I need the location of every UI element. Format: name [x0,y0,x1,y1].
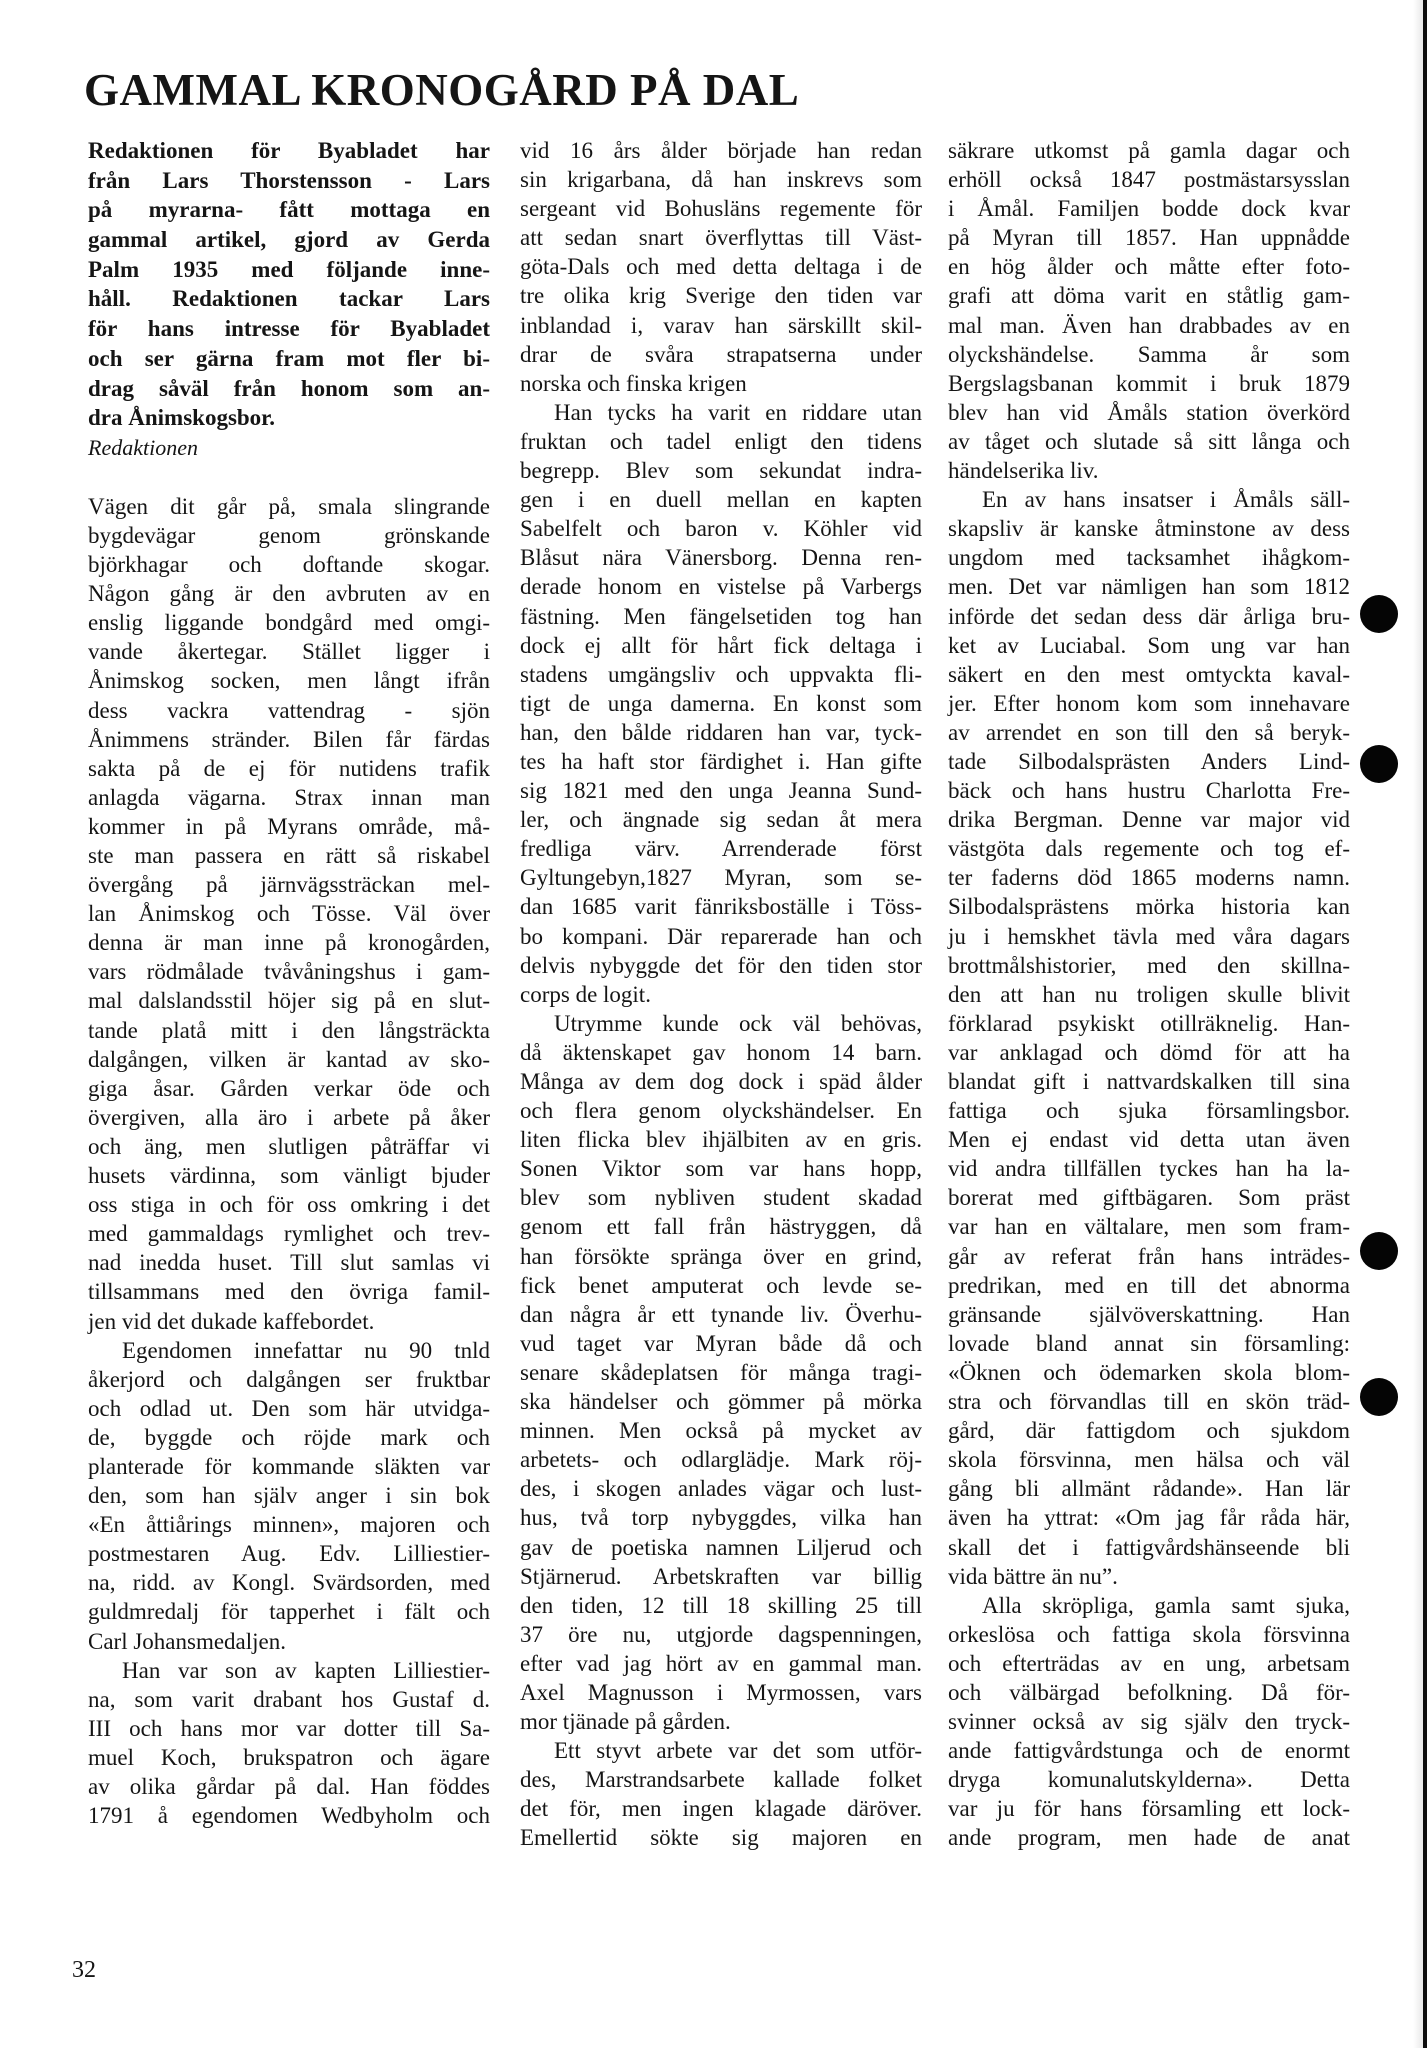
text-line: vande åkertegar. Stället ligger i [88,637,490,666]
text-line: av olika gårdar på dal. Han föddes [88,1772,490,1801]
text-line: fruktan och tadel enligt den tidens [520,427,922,456]
text-line: skall det i fattigvårdshänseende bli [948,1533,1350,1562]
text-line: Ett styvt arbete var det som utför- [520,1736,922,1765]
text-line: ungdom med tacksamhet ihågkom- [948,543,1350,572]
text-line: Vägen dit går på, smala slingrande [88,492,490,521]
text-line: håll. Redaktionen tackar Lars [88,284,490,314]
text-line: drar de svåra strapatserna under [520,340,922,369]
text-line: förklarad psykiskt otillräknelig. Han- [948,1009,1350,1038]
text-line: drag såväl från honom som an- [88,374,490,404]
text-line: minnen. Men också på mycket av [520,1416,922,1445]
page-number: 32 [72,1957,96,1984]
text-line: lovade bland annat sin församling: [948,1329,1350,1358]
text-line: Axel Magnusson i Myrmossen, vars [520,1678,922,1707]
text-line: tade Silbodalsprästen Anders Lind- [948,747,1350,776]
text-line: predrikan, med en till det abnorma [948,1271,1350,1300]
text-line: Silbodalsprästens mörka historia kan [948,892,1350,921]
text-line: Han tycks ha varit en riddare utan [520,398,922,427]
text-line: «En åttiårings minnen», majoren och [88,1510,490,1539]
paragraph: Egendomen innefattar nu 90 tnldåkerjord … [88,1336,490,1656]
editorial-signature: Redaktionen [88,433,490,462]
text-line: muel Koch, brukspatron och ägare [88,1743,490,1772]
text-line: guldmredalj för tapperhet i fält och [88,1597,490,1626]
text-line: Palm 1935 med följande inne- [88,255,490,285]
text-line: efter vad jag hört av en gammal man. [520,1649,922,1678]
text-line: Gyltungebyn,1827 Myran, som se- [520,863,922,892]
text-line: från Lars Thorstensson - Lars [88,166,490,196]
text-line: bo kompani. Där reparerade han och [520,922,922,951]
text-line: bygdevägar genom grönskande [88,521,490,550]
text-line: blandat gift i nattvardskalken till sina [948,1067,1350,1096]
text-line: åkerjord och dalgången ser fruktbar [88,1365,490,1394]
text-line: ter faderns död 1865 moderns namn. [948,863,1350,892]
text-line: Utrymme kunde ock väl behövas, [520,1009,922,1038]
text-line: orkeslösa och fattiga skola försvinna [948,1620,1350,1649]
column-3: säkrare utkomst på gamla dagar ocherhöll… [948,136,1350,1853]
text-line: En av hans insatser i Åmåls säll- [948,485,1350,514]
text-line: bäck och hans hustru Charlotta Fre- [948,776,1350,805]
text-line: husets värdinna, som vänligt bjuder [88,1161,490,1190]
text-line: då äktenskapet gav honom 14 barn. [520,1038,922,1067]
text-line: dryga komunalutskylderna». Detta [948,1765,1350,1794]
text-line: går av referat från hans inträdes- [948,1242,1350,1271]
text-line: derade honom en vistelse på Varbergs [520,572,922,601]
text-line: fattiga och sjuka församlingsbor. [948,1096,1350,1125]
text-line: vud taget var Myran både då och [520,1329,922,1358]
text-line: stadens umgängsliv och uppvakta fli- [520,660,922,689]
text-line: och välbärgad befolkning. Då för- [948,1678,1350,1707]
text-line: vid 16 års ålder började han redan [520,136,922,165]
text-line: planterade för kommande släkten var [88,1452,490,1481]
text-line: tillsammans med den övriga famil- [88,1277,490,1306]
text-line: av tåget och slutade så sitt långa och [948,427,1350,456]
text-line: var ju för hans församling ett lock- [948,1794,1350,1823]
text-line: fästning. Men fängelsetiden tog han [520,602,922,631]
text-line: björkhagar och doftande skogar. [88,550,490,579]
paragraph: Han tycks ha varit en riddare utanfrukta… [520,398,922,1009]
text-line: na, som varit drabant hos Gustaf d. [88,1685,490,1714]
text-line: dess vackra vattendrag - sjön [88,696,490,725]
text-line: grafi att döma varit en ståtlig gam- [948,281,1350,310]
text-line: och flera genom olyckshändelser. En [520,1096,922,1125]
text-line: han försökte spränga över en grind, [520,1242,922,1271]
paragraph: vid 16 års ålder började han redansin kr… [520,136,922,398]
text-line: oss stiga in och för oss omkring i det [88,1190,490,1219]
text-line: Bergslagsbanan kommit i bruk 1879 [948,369,1350,398]
text-line: vid andra tillfällen tyckes han ha la- [948,1154,1350,1183]
text-line: de, byggde och röjde mark och [88,1423,490,1452]
text-line: dalgången, vilken är kantad av sko- [88,1045,490,1074]
text-line: sakta på de ej för nutidens trafik [88,754,490,783]
text-line: Carl Johansmedaljen. [88,1627,490,1656]
text-line: det för, men ingen klagade däröver. [520,1794,922,1823]
text-line: vida bättre än nu”. [948,1562,1350,1591]
text-line: giga åsar. Gården verkar öde och [88,1074,490,1103]
text-line: gammal artikel, gjord av Gerda [88,225,490,255]
text-line: ste man passera en rätt så riskabel [88,841,490,870]
text-line: västgöta dals regemente och tog ef- [948,834,1350,863]
text-line: jer. Efter honom kom som innehavare [948,689,1350,718]
text-line: en hög ålder och måtte efter foto- [948,252,1350,281]
text-line: ler, och ängnade sig sedan åt mera [520,805,922,834]
text-line: tes ha haft stor färdighet i. Han gifte [520,747,922,776]
text-line: 1791 å egendomen Wedbyholm och [88,1801,490,1830]
text-line: kommer in på Myrans område, må- [88,812,490,841]
editorial-intro: Redaktionen för Byabladet harfrån Lars T… [88,136,490,433]
text-line: liten flicka blev ihjälbiten av en gris. [520,1125,922,1154]
text-line: hus, två torp nybyggdes, vilka han [520,1503,922,1532]
text-line: Stjärnerud. Arbetskraften var billig [520,1562,922,1591]
text-line: Blåsut nära Vänersborg. Denna ren- [520,543,922,572]
text-line: med gammaldags rymlighet och trev- [88,1219,490,1248]
punch-hole [1360,1232,1398,1270]
text-line: ska händelser och gömmer på mörka [520,1387,922,1416]
text-line: lan Ånimskog och Tösse. Väl över [88,899,490,928]
text-line: Egendomen innefattar nu 90 tnld [88,1336,490,1365]
text-line: des, i skogen anlades vägar och lust- [520,1474,922,1503]
text-line: övergång på järnvägssträckan mel- [88,870,490,899]
text-line: na, ridd. av Kongl. Svärdsorden, med [88,1568,490,1597]
text-line: arbetets- och odlarglädje. Mark röj- [520,1445,922,1474]
text-line: dra Ånimskogsbor. [88,403,490,433]
text-line: sin krigarbana, då han inskrevs som [520,165,922,194]
article-title: GAMMAL KRONOGÅRD PÅ DAL [84,62,799,118]
paragraph: säkrare utkomst på gamla dagar ocherhöll… [948,136,1350,485]
text-line: Ånimskog socken, men långt ifrån [88,666,490,695]
text-line: sig 1821 med den unga Jeanna Sund- [520,776,922,805]
text-line: dock ej allt för hårt fick deltaga i [520,631,922,660]
paragraph: Vägen dit går på, smala slingrandebygdev… [88,492,490,1336]
text-line: fick benet amputerat och levde se- [520,1271,922,1300]
text-line: skola försvinna, men hälsa och väl [948,1445,1350,1474]
text-line: Emellertid sökte sig majoren en [520,1823,922,1852]
text-line: «Öknen och ödemarken skola blom- [948,1358,1350,1387]
text-line: dan 1685 varit fänriksboställe i Töss- [520,892,922,921]
text-line: att sedan snart överflyttas till Väst- [520,223,922,252]
text-line: på Myran till 1857. Han uppnådde [948,223,1350,252]
text-line: gav de poetiska namnen Liljerud och [520,1533,922,1562]
text-line: dan några år ett tynande liv. Överhu- [520,1300,922,1329]
text-line: gränsande självöverskattning. Han [948,1300,1350,1329]
text-line: men. Det var nämligen han som 1812 [948,572,1350,601]
paragraph: Ett styvt arbete var det som utför-des, … [520,1736,922,1852]
text-line: 37 öre nu, utgjorde dagspenningen, [520,1620,922,1649]
text-line: denna är man inne på kronogården, [88,928,490,957]
text-line: den tiden, 12 till 18 skilling 25 till [520,1591,922,1620]
punch-hole [1360,1378,1398,1416]
text-line: corps de logit. [520,980,922,1009]
text-line: och ser gärna fram mot fler bi- [88,344,490,374]
paragraph: Alla skröpliga, gamla samt sjuka,orkeslö… [948,1591,1350,1853]
text-line: säkrare utkomst på gamla dagar och [948,136,1350,165]
text-line: och äng, men slutligen påträffar vi [88,1132,490,1161]
text-line: var han en vältalare, men som fram- [948,1212,1350,1241]
text-line: gård, där fattigdom och sjukdom [948,1416,1350,1445]
punch-hole [1360,745,1398,783]
text-line: delvis nybyggde det för den tiden stor [520,951,922,980]
text-line: brottmålshistorier, med den skillna- [948,951,1350,980]
text-line: ande fattigvårdstunga och de enormt [948,1736,1350,1765]
text-line: Redaktionen för Byabladet har [88,136,490,166]
text-line: i Åmål. Familjen bodde dock kvar [948,194,1350,223]
text-line: postmestaren Aug. Edv. Lilliestier- [88,1539,490,1568]
text-line: mal dalslandsstil höjer sig på en slut- [88,986,490,1015]
page-edge-shadow [1413,0,1423,2048]
text-line: skapsliv är kanske åtminstone av dess [948,514,1350,543]
text-line: senare skådeplatsen för många tragi- [520,1358,922,1387]
text-line: vars rödmålade tvåvåningshus i gam- [88,957,490,986]
column-1: Redaktionen för Byabladet harfrån Lars T… [88,136,490,1830]
text-line: enslig liggande bondgård med omgi- [88,608,490,637]
text-line: även ha yttrat: «Om jag får råda här, [948,1503,1350,1532]
text-line: göta-Dals och med detta deltaga i de [520,252,922,281]
text-line: gång bli allmänt rådande». Han lär [948,1474,1350,1503]
text-line: införde det sedan dess där årliga bru- [948,602,1350,631]
text-line: anlagda vägarna. Strax innan man [88,783,490,812]
text-line: genom ett fall från hästryggen, då [520,1212,922,1241]
text-line: gen i en duell mellan en kapten [520,485,922,514]
text-line: av arrendet en son till den så beryk- [948,718,1350,747]
text-line: mal man. Även han drabbades av en [948,311,1350,340]
text-line: ande program, men hade de anat [948,1823,1350,1852]
text-line: erhöll också 1847 postmästarsysslan [948,165,1350,194]
paragraph: En av hans insatser i Åmåls säll-skapsli… [948,485,1350,1591]
text-line: mor tjänade på gården. [520,1707,922,1736]
text-line: drika Bergman. Denne var major vid [948,805,1350,834]
text-line: borerat med giftbägaren. Som präst [948,1183,1350,1212]
text-line: på myrarna- fått mottaga en [88,195,490,225]
text-line: Alla skröpliga, gamla samt sjuka, [948,1591,1350,1620]
paragraph: Han var son av kapten Lilliestier-na, so… [88,1656,490,1831]
text-line: säkert en den mest omtyckta kaval- [948,660,1350,689]
text-line: var anklagad och dömd för att ha [948,1038,1350,1067]
text-line: begrepp. Blev som sekundat indra- [520,456,922,485]
text-line: blev som nybliven student skadad [520,1183,922,1212]
text-line: fredliga värv. Arrenderade först [520,834,922,863]
column-2: vid 16 års ålder började han redansin kr… [520,136,922,1853]
text-line: inblandad i, varav han särskillt skil- [520,311,922,340]
text-line: Någon gång är den avbruten av en [88,579,490,608]
text-line: stra och förvandlas till en skön träd- [948,1387,1350,1416]
text-line: ju i hemskhet tävla med våra dagars [948,922,1350,951]
text-line: och efterträdas av en ung, arbetsam [948,1649,1350,1678]
text-line: des, Marstrandsarbete kallade folket [520,1765,922,1794]
text-line: svinner också av sig själv den tryck- [948,1707,1350,1736]
text-line: tre olika krig Sverige den tiden var [520,281,922,310]
text-line: och odlad ut. Den som här utvidga- [88,1394,490,1423]
punch-hole [1360,595,1398,633]
text-line: III och hans mor var dotter till Sa- [88,1714,490,1743]
text-line: Många av dem dog dock i späd ålder [520,1067,922,1096]
text-line: Men ej endast vid detta utan även [948,1125,1350,1154]
scan-edge-strip [1423,0,1427,2048]
text-line: händelserika liv. [948,456,1350,485]
text-line: sergeant vid Bohusläns regemente för [520,194,922,223]
text-line: Han var son av kapten Lilliestier- [88,1656,490,1685]
text-line: olyckshändelse. Samma år som [948,340,1350,369]
text-line: övergiven, alla äro i arbete på åker [88,1103,490,1132]
text-line: blev han vid Åmåls station överkörd [948,398,1350,427]
text-line: den, som han själv anger i sin bok [88,1481,490,1510]
text-line: för hans intresse för Byabladet [88,314,490,344]
text-line: han, den bålde riddaren han var, tyck- [520,718,922,747]
text-line: den att han nu troligen skulle blivit [948,980,1350,1009]
text-line: tigt de unga damerna. En konst som [520,689,922,718]
paragraph: Utrymme kunde ock väl behövas,då äktensk… [520,1009,922,1736]
text-line: ket av Luciabal. Som ung var han [948,631,1350,660]
text-line: Ånimmens stränder. Bilen får färdas [88,725,490,754]
text-line: nad inedda huset. Till slut samlas vi [88,1248,490,1277]
text-line: Sabelfelt och baron v. Köhler vid [520,514,922,543]
text-line: norska och finska krigen [520,369,922,398]
text-line: Sonen Viktor som var hans hopp, [520,1154,922,1183]
text-line: jen vid det dukade kaffebordet. [88,1307,490,1336]
text-line: tande platå mitt i den långsträckta [88,1016,490,1045]
